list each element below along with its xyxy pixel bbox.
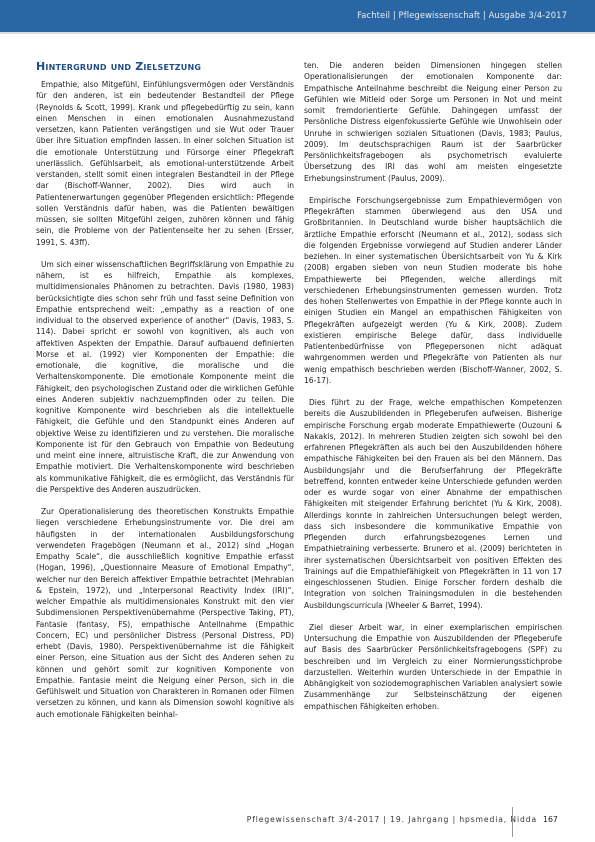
paragraph: Empathie, also Mitgefühl, Einfühlungsver… xyxy=(36,79,294,248)
paragraph: Ziel dieser Arbeit war, in einer exempla… xyxy=(304,622,562,712)
running-header-bar: Fachteil | Pflegewissenschaft | Ausgabe … xyxy=(0,0,595,34)
left-column: Hintergrund und Zielsetzung Empathie, al… xyxy=(36,60,294,731)
paragraph: Zur Operationalisierung des theoretische… xyxy=(36,506,294,720)
section-heading: Hintergrund und Zielsetzung xyxy=(36,60,294,74)
paragraph: Empirische Forschungsergebnisse zum Empa… xyxy=(304,195,562,386)
paragraph: Um sich einer wissenschaftlichen Begriff… xyxy=(36,259,294,495)
journal-info: Pflegewissenschaft 3/4-2017 | 19. Jahrga… xyxy=(247,815,537,824)
page-footer: Pflegewissenschaft 3/4-2017 | 19. Jahrga… xyxy=(0,812,595,832)
footer-divider xyxy=(512,807,513,837)
paragraph: Dies führt zu der Frage, welche empathis… xyxy=(304,397,562,611)
paragraph: ten. Die anderen beiden Dimensionen hing… xyxy=(304,60,562,184)
page-number: 167 xyxy=(543,815,558,824)
running-head: Fachteil | Pflegewissenschaft | Ausgabe … xyxy=(357,10,567,20)
right-column: ten. Die anderen beiden Dimensionen hing… xyxy=(304,60,562,723)
